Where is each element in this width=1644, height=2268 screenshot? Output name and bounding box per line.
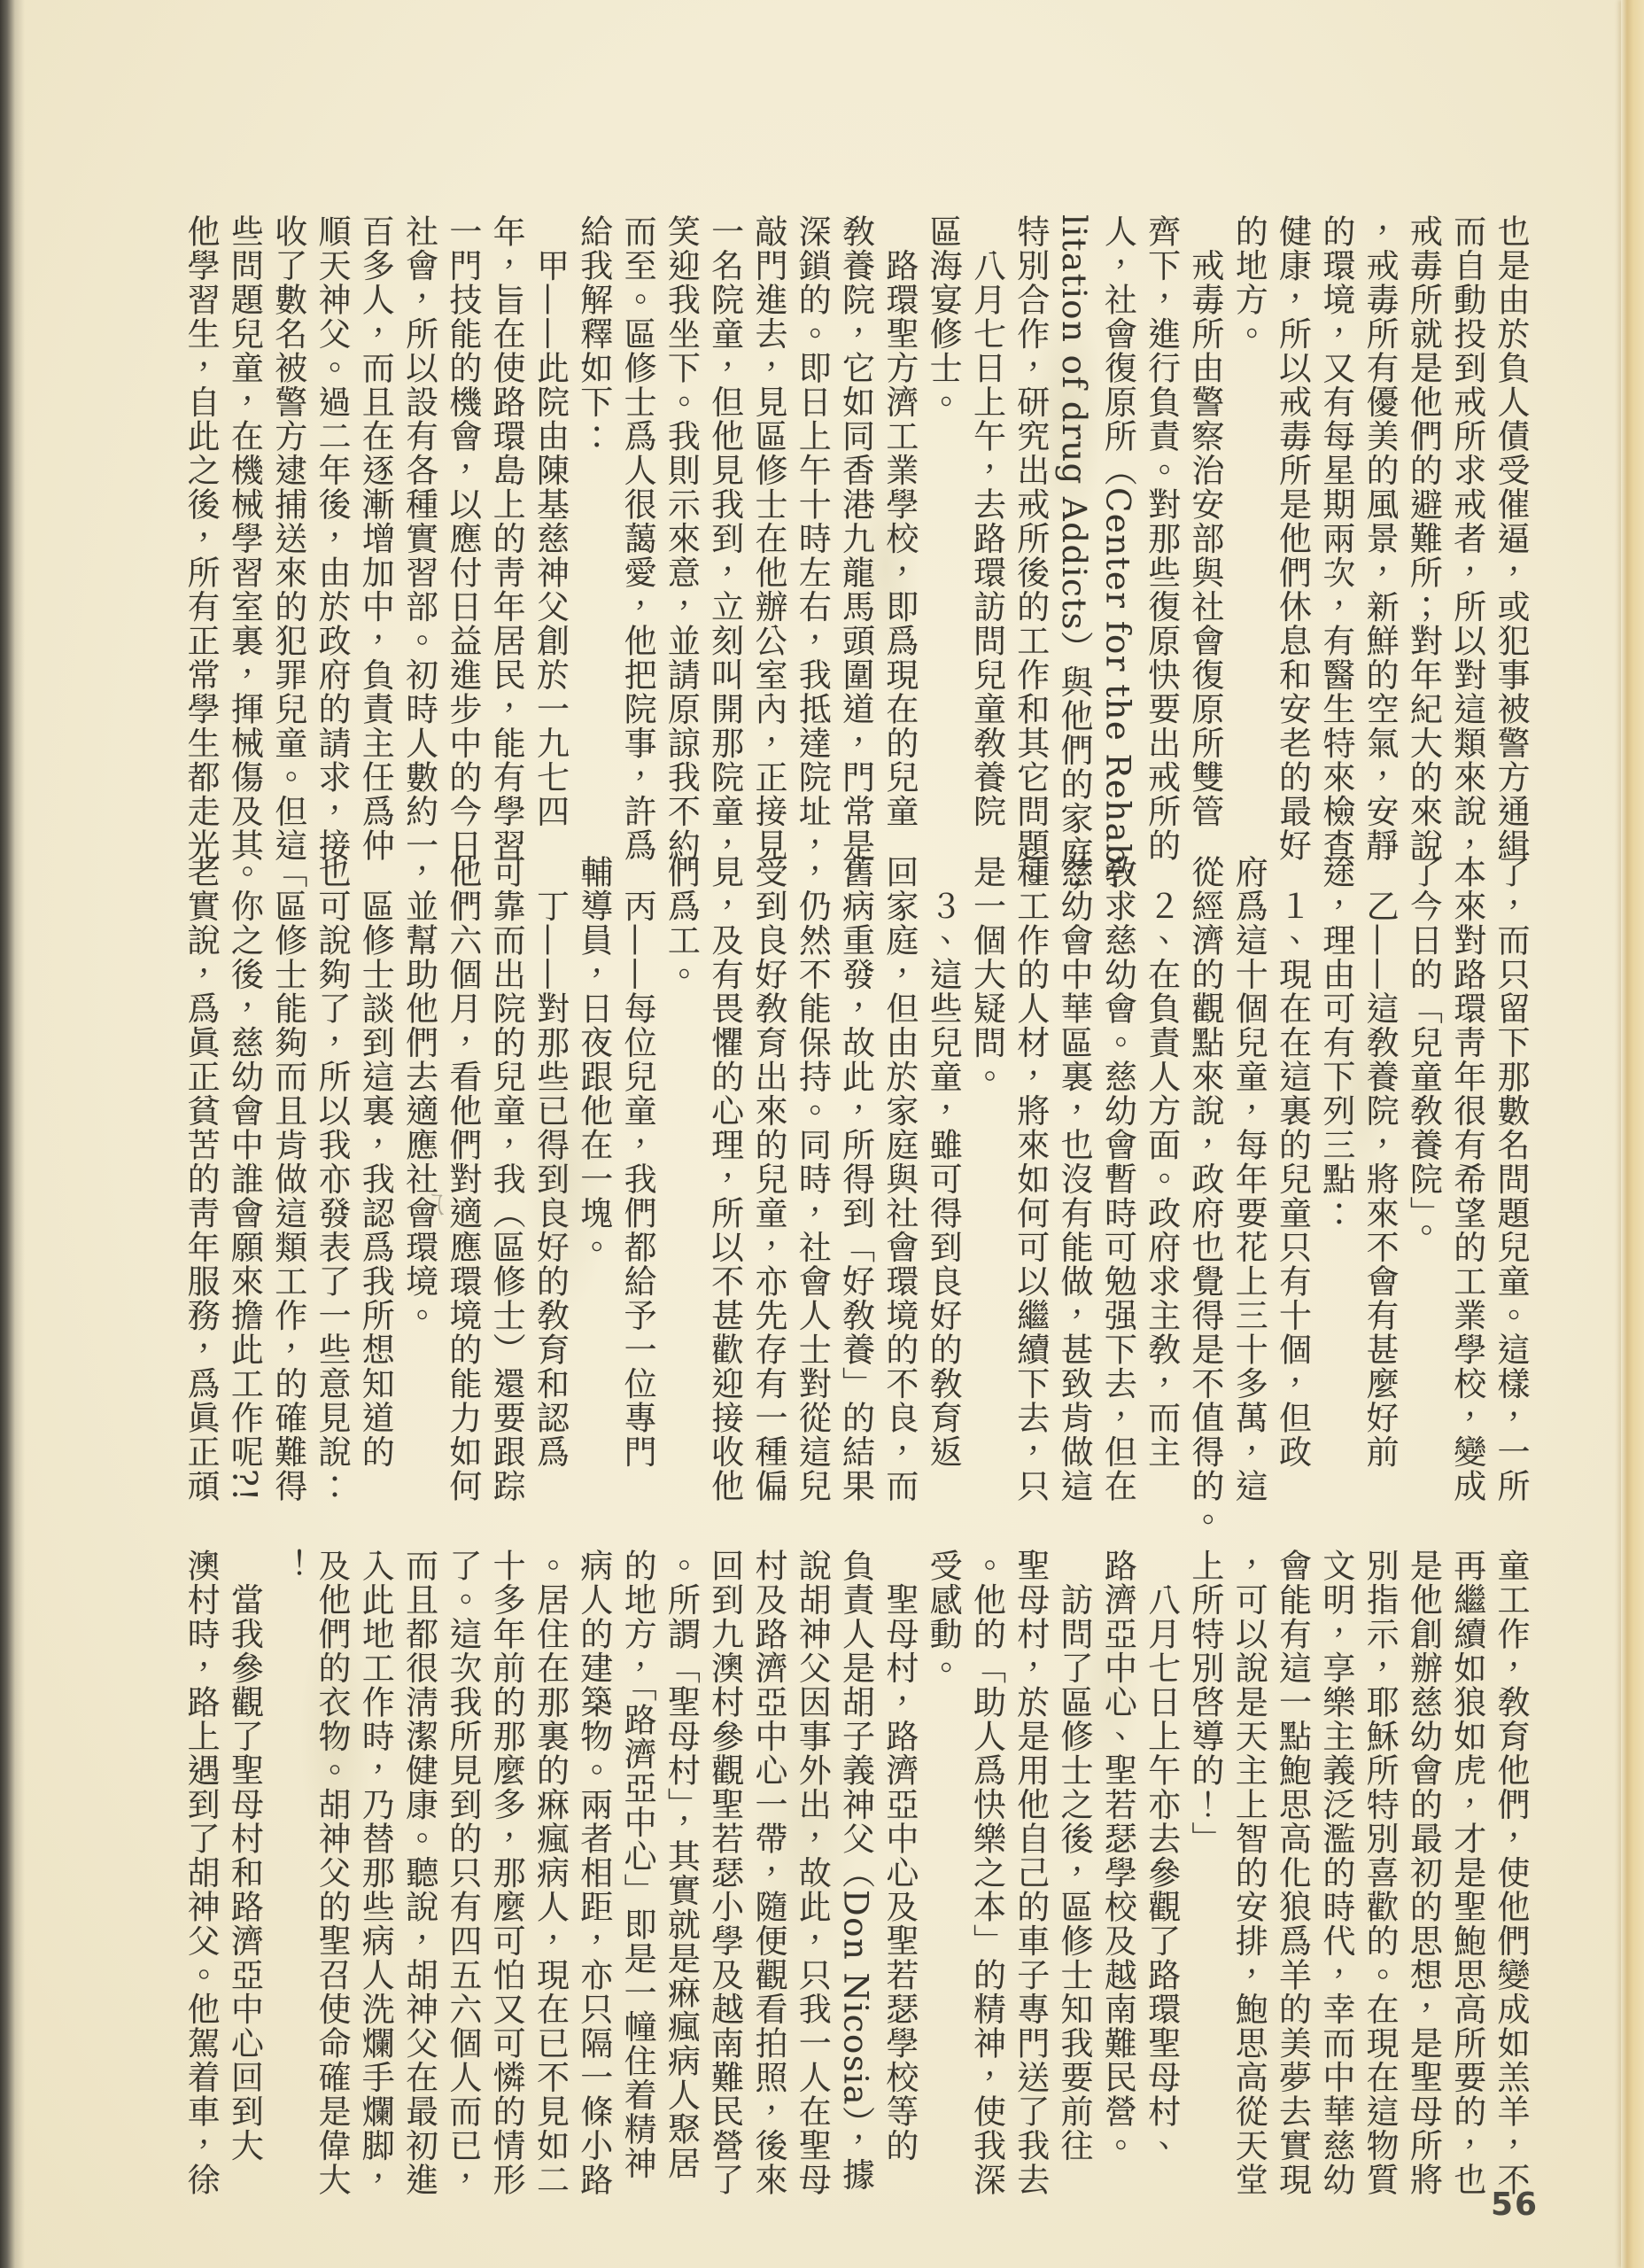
text-column: 的環境，又有每星期兩次，有醫生特來檢查 bbox=[1314, 214, 1358, 845]
text-column: 收了數名被警方逮捕送來的犯罪兒童。但這 bbox=[266, 214, 309, 845]
text-column: 可靠而出院的兒童，我（區修士）還要跟踪 bbox=[485, 855, 528, 1500]
text-column: 而至。區修士爲人很藹愛，他把院事，許爲 bbox=[616, 214, 659, 845]
text-column: 童工作，敎育他們，使他們變成如羔羊，不 bbox=[1489, 1549, 1532, 2171]
text-column: ，戒毒所有優美的風景，新鮮的空氣，安靜 bbox=[1358, 214, 1401, 845]
text-column: ，可以說是天主上智的安排，鮑思高從天堂 bbox=[1227, 1549, 1270, 2171]
text-column: 也可說夠了，所以我亦發表了一些意見說： bbox=[310, 855, 353, 1500]
text-column: 輔導員，日夜跟他在一塊。 bbox=[571, 855, 615, 1500]
text-column: 他們六個月，看他們對適應環境的能力如何 bbox=[441, 855, 485, 1500]
text-column: 健康，所以戒毒所是他們休息和安老的最好 bbox=[1270, 214, 1314, 845]
text-column: 些問題兒童，在機械學習室裏，揮械傷及其 bbox=[222, 214, 266, 845]
text-column: 種工作的人材，將來如何可以繼續下去，只 bbox=[1008, 855, 1051, 1500]
text-column: 而且都很淸潔健康。聽說，胡神父在最初進 bbox=[397, 1549, 440, 2171]
text-column: 一名院童，但他見我到，立刻叫開那院童， bbox=[702, 214, 746, 845]
text-column: 病人的建築物。兩者相距，亦只隔一條小路 bbox=[571, 1549, 615, 2171]
text-column: 聖母村，於是用他自己的車子專門送了我去 bbox=[1008, 1549, 1051, 2171]
text-column: 。你之後，慈幼會中誰會願來擔此工作呢?! bbox=[222, 855, 266, 1500]
text-column: 本來對路環靑年很有希望的工業學校，變成 bbox=[1445, 855, 1488, 1500]
text-column: 齊下，進行負責。對那些復原快要出戒所的 bbox=[1139, 214, 1183, 845]
scan-edge-shadow bbox=[0, 0, 25, 2268]
text-column: 再繼續如狼如虎，才是聖鮑思高所要的，也 bbox=[1445, 1549, 1488, 2171]
text-column: 了，而只留下那數名問題兒童。這樣，一所 bbox=[1489, 855, 1532, 1500]
text-column: 是一個大疑問。 bbox=[965, 855, 1008, 1500]
text-column: 敎養院，它如同香港九龍馬頭圍道，門常是 bbox=[834, 214, 877, 845]
text-column: 的地方，「路濟亞中心」即是一幢住着精神 bbox=[616, 1549, 659, 2171]
text-column: 給我解釋如下： bbox=[571, 214, 615, 845]
text-column: 。所謂「聖母村」，其實就是痳瘋病人聚居 bbox=[659, 1549, 702, 2171]
text-column: 八月七日上午，去路環訪問兒童敎養院 bbox=[965, 214, 1008, 845]
text-column: 說胡神父因事外出，故此，只我一人在聖母 bbox=[790, 1549, 834, 2171]
page-number: 56 bbox=[1491, 2186, 1539, 2223]
text-column: 區海宴修士。 bbox=[921, 214, 965, 845]
text-column: 澳村時，路上遇到了胡神父。他駕着車，徐 bbox=[179, 1549, 222, 2171]
text-column: 路濟亞中心、聖若瑟學校及越南難民營。 bbox=[1096, 1549, 1139, 2171]
text-column: 入此地工作時，乃替那些病人洗爛手爛脚， bbox=[353, 1549, 397, 2171]
text-column: 府爲這十個兒童，每年要花上三十多萬，這 bbox=[1227, 855, 1270, 1500]
text-column: １、現在在這裏的兒童只有十個，但政 bbox=[1270, 855, 1314, 1500]
text-column: 深鎖的。即日上午十時左右，我抵達院址， bbox=[790, 214, 834, 845]
text-column: 的地方。 bbox=[1227, 214, 1270, 845]
text-column: 順天神父。過二年後，由於政府的請求，接 bbox=[310, 214, 353, 845]
text-column: 「區修士能夠而且肯做這類工作，的確難得 bbox=[266, 855, 309, 1500]
text-column: 人，社會復原所（Center for the Rehabi- bbox=[1096, 214, 1139, 845]
text-column: 上所特別啓導的！」 bbox=[1183, 1549, 1227, 2171]
text-column: 別指示，耶穌所特別喜歡的。在現在這物質 bbox=[1358, 1549, 1401, 2171]
text-column: 村及路濟亞中心一帶，隨便觀看拍照，後來 bbox=[747, 1549, 790, 2171]
text-column: 回到九澳村參觀聖若瑟小學及越南難民營了 bbox=[702, 1549, 746, 2171]
text-column: 年，旨在使路環島上的靑年居民，能有學習 bbox=[485, 214, 528, 845]
text-column: 會能有這一點鮑思高化狼爲羊的美夢去實現 bbox=[1270, 1549, 1314, 2171]
text-column: 受感動。 bbox=[921, 1549, 965, 2171]
text-column: 是他創辦慈幼會的最初的思想，是聖母所將 bbox=[1401, 1549, 1445, 2171]
text-band-bottom: 童工作，敎育他們，使他們變成如羔羊，不再繼續如狼如虎，才是聖鮑思高所要的，也是他… bbox=[178, 1549, 1532, 2171]
text-column: 們爲工。 bbox=[659, 855, 702, 1500]
text-column: 及他們的衣物。胡神父的聖召使命確是偉大 bbox=[310, 1549, 353, 2171]
text-column: 回家庭，但由於家庭與社會環境的不良，而 bbox=[878, 855, 921, 1500]
text-column: 他學習生，自此之後，所有正常學生都走光 bbox=[179, 214, 222, 845]
text-column: 八月七日上午亦去參觀了路環聖母村、 bbox=[1139, 1549, 1183, 2171]
text-column: 途，理由可有下列三點： bbox=[1314, 855, 1358, 1500]
text-column: 聖母村，路濟亞中心及聖若瑟學校等的 bbox=[878, 1549, 921, 2171]
text-column: 敎求慈幼會。慈幼會暫時可勉强下去，但在 bbox=[1096, 855, 1139, 1500]
page-edge bbox=[1621, 0, 1644, 2268]
text-column: 舊病重發，故此，所得到「好敎養」的結果 bbox=[834, 855, 877, 1500]
text-column: ，仍然不能保持。同時，社會人士對從這兒 bbox=[790, 855, 834, 1500]
text-column: ２、在負責人方面。政府求主敎，而主 bbox=[1139, 855, 1183, 1500]
text-column: litation of drug Addicts）與他們的家庭， bbox=[1052, 214, 1096, 845]
text-column: 而自動投到戒所求戒者，所以對這類來說， bbox=[1445, 214, 1488, 845]
text-column: 慈幼會中華區裏，也沒有能做，甚致肯做這 bbox=[1052, 855, 1096, 1500]
text-column: 笑迎我坐下。我則示來意，並請原諒我不約 bbox=[659, 214, 702, 845]
text-column: 區修士談到這裏，我認爲我所想知道的 bbox=[353, 855, 397, 1500]
text-band-top: 也是由於負人債受催逼，或犯事被警方通緝而自動投到戒所求戒者，所以對這類來說，戒毒… bbox=[178, 214, 1532, 845]
text-column: 老實說，爲眞正貧苦的靑年服務，爲眞正頑 bbox=[179, 855, 222, 1500]
text-column: 也是由於負人債受催逼，或犯事被警方通緝 bbox=[1489, 214, 1532, 845]
text-column: 百多人，而且在逐漸增加中，負責主任爲仲 bbox=[353, 214, 397, 845]
text-column: 從經濟的觀點來說，政府也覺得是不值得的。 bbox=[1183, 855, 1227, 1500]
text-column: 訪問了區修士之後，區修士知我要前往 bbox=[1052, 1549, 1096, 2171]
text-column: 甲——此院由陳基慈神父創於一九七四 bbox=[528, 214, 571, 845]
text-column: 乙——這敎養院，將來不會有甚麼好前 bbox=[1358, 855, 1401, 1500]
text-column: ！ bbox=[266, 1549, 309, 2171]
text-column: 受到良好敎育出來的兒童，亦先存有一種偏 bbox=[747, 855, 790, 1500]
text-column: 丙——每位兒童，我們都給予一位專門 bbox=[616, 855, 659, 1500]
text-column: 敲門進去，見區修士在他辦公室內，正接見 bbox=[747, 214, 790, 845]
text-column: 了。這次我所見到的只有四五六個人而已， bbox=[441, 1549, 485, 2171]
text-column: 特別合作，研究出戒所後的工作和其它問題。 bbox=[1008, 214, 1051, 845]
text-column: 一門技能的機會，以應付日益進步中的今日 bbox=[441, 214, 485, 845]
text-column: 文明，享樂主義泛濫的時代，幸而中華慈幼 bbox=[1314, 1549, 1358, 2171]
text-column: 當我參觀了聖母村和路濟亞中心回到大 bbox=[222, 1549, 266, 2171]
text-column: 。居住在那裏的痳瘋病人，現在已不見如二 bbox=[528, 1549, 571, 2171]
text-column: 戒毒所就是他們的避難所；對年紀大的來說 bbox=[1401, 214, 1445, 845]
text-column: 路環聖方濟工業學校，即爲現在的兒童 bbox=[878, 214, 921, 845]
text-column: ３、這些兒童，雖可得到良好的敎育返 bbox=[921, 855, 965, 1500]
text-column: 見，及有畏懼的心理，所以不甚歡迎接收他 bbox=[702, 855, 746, 1500]
scanned-book-page: 也是由於負人債受催逼，或犯事被警方通緝而自動投到戒所求戒者，所以對這類來說，戒毒… bbox=[0, 0, 1644, 2268]
text-column: 了今日的「兒童敎養院」。 bbox=[1401, 855, 1445, 1500]
text-band-middle: 了，而只留下那數名問題兒童。這樣，一所本來對路環靑年很有希望的工業學校，變成了今… bbox=[178, 855, 1532, 1500]
text-column: 十多年前的那麼多，那麼可怕又可憐的情形 bbox=[485, 1549, 528, 2171]
text-column: 。他的「助人爲快樂之本」的精神，使我深 bbox=[965, 1549, 1008, 2171]
text-column: 戒毒所由警察治安部與社會復原所雙管 bbox=[1183, 214, 1227, 845]
text-column: 丁——對那些已得到良好的敎育和認爲 bbox=[528, 855, 571, 1500]
text-column: 社會，所以設有各種實習部。初時人數約一 bbox=[397, 214, 440, 845]
text-column: 負責人是胡子義神父（Don Nicosia），據 bbox=[834, 1549, 877, 2171]
